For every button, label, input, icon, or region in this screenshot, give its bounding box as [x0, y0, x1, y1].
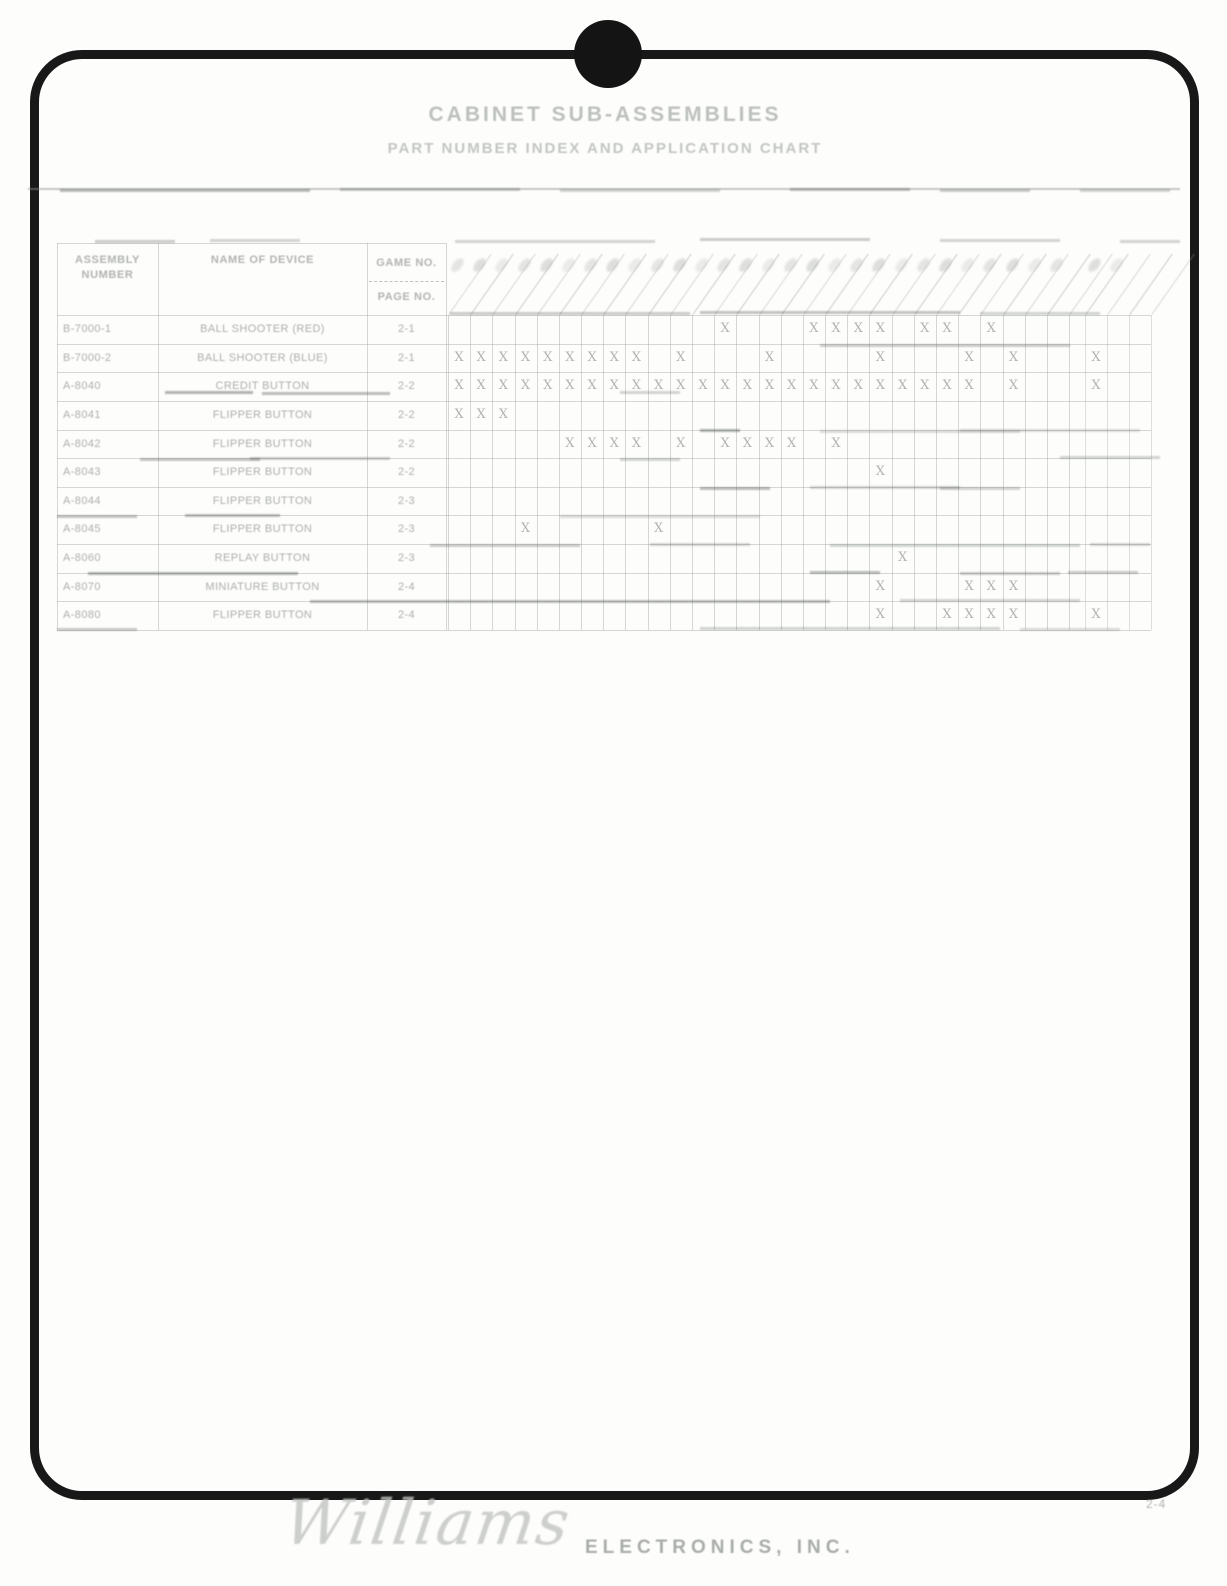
- application-mark: X: [692, 378, 714, 393]
- grid-column-line: [892, 315, 893, 630]
- scan-smudge: [1080, 189, 1170, 192]
- application-mark: X: [625, 350, 647, 365]
- application-mark: X: [537, 350, 559, 365]
- device-name-cell: FLIPPER BUTTON: [158, 409, 367, 421]
- scan-smudge: [900, 599, 1080, 602]
- application-mark: X: [714, 321, 736, 336]
- column-header-assembly-number: ASSEMBLY NUMBER: [57, 253, 158, 283]
- scan-smudge: [340, 188, 520, 191]
- scan-smudge: [940, 189, 1030, 192]
- application-mark: X: [936, 321, 958, 336]
- application-mark: X: [537, 378, 559, 393]
- page-subtitle: PART NUMBER INDEX AND APPLICATION CHART: [0, 140, 1210, 157]
- page-number-cell: 2-4: [367, 609, 446, 621]
- scan-smudge: [980, 312, 1100, 315]
- grid-column-line: [914, 315, 915, 630]
- application-mark: X: [648, 521, 670, 536]
- assembly-number-cell: A-8042: [63, 438, 154, 450]
- application-mark: X: [892, 550, 914, 565]
- assembly-number-cell: A-8044: [63, 495, 154, 507]
- application-mark: X: [470, 350, 492, 365]
- application-mark: X: [958, 579, 980, 594]
- williams-logo: Williams: [280, 1486, 576, 1559]
- scan-smudge: [210, 239, 300, 242]
- scan-smudge: [310, 600, 830, 603]
- grid-column-line: [781, 315, 782, 630]
- application-mark: X: [781, 378, 803, 393]
- scan-smudge: [700, 487, 770, 490]
- scan-smudge: [810, 486, 960, 489]
- application-mark: X: [914, 321, 936, 336]
- application-mark: X: [714, 436, 736, 451]
- assembly-number-cell: A-8045: [63, 523, 154, 535]
- scan-smudge: [430, 544, 580, 547]
- page-number-cell: 2-2: [367, 438, 446, 450]
- scan-smudge: [820, 344, 1070, 347]
- application-mark: X: [492, 378, 514, 393]
- application-mark: X: [825, 321, 847, 336]
- scan-smudge: [1020, 628, 1120, 631]
- grid-column-line: [1047, 315, 1048, 630]
- device-name-cell: FLIPPER BUTTON: [158, 495, 367, 507]
- device-name-cell: FLIPPER BUTTON: [158, 438, 367, 450]
- device-name-cell: MINIATURE BUTTON: [158, 581, 367, 593]
- application-mark: X: [869, 579, 891, 594]
- application-mark: X: [936, 378, 958, 393]
- assembly-number-cell: A-8070: [63, 581, 154, 593]
- scan-smudge: [810, 571, 880, 574]
- binder-hole-dot: [574, 20, 642, 88]
- application-mark: X: [559, 378, 581, 393]
- scan-smudge: [95, 240, 175, 243]
- application-mark: X: [1085, 350, 1107, 365]
- device-name-cell: FLIPPER BUTTON: [158, 609, 367, 621]
- assembly-number-cell: A-8080: [63, 609, 154, 621]
- table-row-line: [57, 401, 1151, 402]
- scan-smudge: [940, 487, 1020, 490]
- scan-smudge: [185, 514, 280, 517]
- scan-smudge: [250, 457, 390, 460]
- electronics-inc-text: ELECTRONICS, INC.: [585, 1537, 855, 1559]
- scan-smudge: [165, 391, 253, 394]
- application-mark: X: [803, 378, 825, 393]
- scan-smudge: [1090, 543, 1150, 546]
- page-number-cell: 2-2: [367, 409, 446, 421]
- page-number-cell: 2-3: [367, 523, 446, 535]
- game-page-divider: [369, 281, 444, 282]
- scan-smudge: [620, 391, 680, 394]
- application-mark: X: [892, 378, 914, 393]
- device-name-cell: FLIPPER BUTTON: [158, 466, 367, 478]
- grid-column-line: [648, 315, 649, 630]
- scan-smudge: [57, 628, 137, 631]
- application-mark: X: [980, 321, 1002, 336]
- grid-column-line: [736, 315, 737, 630]
- device-name-cell: FLIPPER BUTTON: [158, 523, 367, 535]
- page-number-cell: 2-3: [367, 495, 446, 507]
- page-number-cell: 2-2: [367, 466, 446, 478]
- page-number: 2-4: [1146, 1497, 1166, 1511]
- grid-column-line: [936, 315, 937, 630]
- application-mark: X: [448, 350, 470, 365]
- application-mark: X: [936, 607, 958, 622]
- application-mark: X: [759, 378, 781, 393]
- column-header-page-no: PAGE NO.: [367, 290, 446, 305]
- grid-column-line: [1069, 315, 1070, 630]
- grid-column-line: [1025, 315, 1026, 630]
- application-mark: X: [581, 436, 603, 451]
- assembly-number-cell: B-7000-1: [63, 323, 154, 335]
- scan-smudge: [455, 240, 655, 243]
- column-header-game-no: GAME NO.: [367, 256, 446, 271]
- page-number-cell: 2-4: [367, 581, 446, 593]
- application-mark: X: [515, 378, 537, 393]
- scan-smudge: [140, 458, 260, 461]
- application-mark: X: [759, 436, 781, 451]
- application-mark: X: [1085, 607, 1107, 622]
- application-mark: X: [492, 407, 514, 422]
- grid-column-line: [1107, 315, 1108, 630]
- page-number-cell: 2-1: [367, 352, 446, 364]
- device-name-cell: REPLAY BUTTON: [158, 552, 367, 564]
- scan-smudge: [700, 238, 870, 241]
- column-header-name-of-device: NAME OF DEVICE: [158, 253, 367, 268]
- application-mark: X: [1003, 607, 1025, 622]
- application-mark: X: [869, 607, 891, 622]
- grid-column-line: [714, 315, 715, 630]
- application-mark: X: [470, 378, 492, 393]
- table-row-line: [57, 630, 1151, 631]
- scan-smudge: [1060, 456, 1160, 459]
- application-mark: X: [869, 350, 891, 365]
- scan-smudge: [960, 572, 1060, 575]
- application-mark: X: [581, 350, 603, 365]
- application-mark: X: [958, 378, 980, 393]
- device-name-cell: BALL SHOOTER (RED): [158, 323, 367, 335]
- application-mark: X: [581, 378, 603, 393]
- grid-column-line: [692, 315, 693, 630]
- assembly-number-cell: A-8041: [63, 409, 154, 421]
- scan-smudge: [830, 544, 1080, 547]
- application-mark: X: [603, 436, 625, 451]
- application-mark: X: [803, 321, 825, 336]
- scan-smudge: [940, 239, 1060, 242]
- application-mark: X: [958, 350, 980, 365]
- application-mark: X: [714, 378, 736, 393]
- application-mark: X: [448, 378, 470, 393]
- scan-smudge: [700, 429, 740, 432]
- application-mark: X: [559, 350, 581, 365]
- scan-smudge: [60, 189, 310, 192]
- scan-smudge: [700, 311, 960, 314]
- scan-smudge: [700, 627, 1000, 630]
- application-mark: X: [470, 407, 492, 422]
- application-mark: X: [847, 321, 869, 336]
- grid-column-line: [803, 315, 804, 630]
- application-mark: X: [625, 436, 647, 451]
- table-row-line: [57, 372, 1151, 373]
- application-mark: X: [736, 436, 758, 451]
- scan-smudge: [620, 458, 680, 461]
- scan-smudge: [262, 392, 390, 395]
- page-number-cell: 2-1: [367, 323, 446, 335]
- application-mark: X: [958, 607, 980, 622]
- application-mark: X: [847, 378, 869, 393]
- application-mark: X: [492, 350, 514, 365]
- scan-smudge: [88, 572, 298, 575]
- application-mark: X: [670, 436, 692, 451]
- assembly-number-cell: A-8060: [63, 552, 154, 564]
- page-number-cell: 2-2: [367, 380, 446, 392]
- application-mark: X: [825, 378, 847, 393]
- assembly-number-cell: B-7000-2: [63, 352, 154, 364]
- application-mark: X: [1003, 350, 1025, 365]
- application-mark: X: [759, 350, 781, 365]
- assembly-number-cell: A-8040: [63, 380, 154, 392]
- page-title: CABINET SUB-ASSEMBLIES: [0, 103, 1210, 127]
- application-mark: X: [914, 378, 936, 393]
- scan-smudge: [57, 515, 137, 518]
- scan-smudge: [650, 543, 750, 546]
- application-mark: X: [781, 436, 803, 451]
- scan-smudge: [450, 312, 690, 315]
- application-mark: X: [603, 350, 625, 365]
- application-mark: X: [869, 378, 891, 393]
- scanned-page: CABINET SUB-ASSEMBLIES PART NUMBER INDEX…: [0, 0, 1227, 1586]
- scan-smudge: [560, 189, 720, 192]
- application-mark: X: [515, 350, 537, 365]
- application-mark: X: [670, 350, 692, 365]
- grid-column-line: [1151, 315, 1152, 630]
- application-mark: X: [980, 579, 1002, 594]
- application-mark: X: [1003, 378, 1025, 393]
- application-mark: X: [1085, 378, 1107, 393]
- application-mark: X: [559, 436, 581, 451]
- page-number-cell: 2-3: [367, 552, 446, 564]
- grid-column-line: [1129, 315, 1130, 630]
- application-mark: X: [825, 436, 847, 451]
- scan-smudge: [1068, 571, 1138, 574]
- application-mark: X: [980, 607, 1002, 622]
- scan-smudge: [1120, 240, 1180, 243]
- assembly-number-cell: A-8043: [63, 466, 154, 478]
- grid-column-line: [847, 315, 848, 630]
- application-mark: X: [1003, 579, 1025, 594]
- scan-smudge: [790, 188, 910, 191]
- device-name-cell: BALL SHOOTER (BLUE): [158, 352, 367, 364]
- application-mark: X: [736, 378, 758, 393]
- scan-smudge: [960, 429, 1140, 432]
- application-mark: X: [869, 321, 891, 336]
- table-top-line: [57, 243, 446, 244]
- application-mark: X: [869, 464, 891, 479]
- application-mark: X: [515, 521, 537, 536]
- scan-smudge: [560, 515, 760, 518]
- application-mark: X: [448, 407, 470, 422]
- grid-column-line: [825, 315, 826, 630]
